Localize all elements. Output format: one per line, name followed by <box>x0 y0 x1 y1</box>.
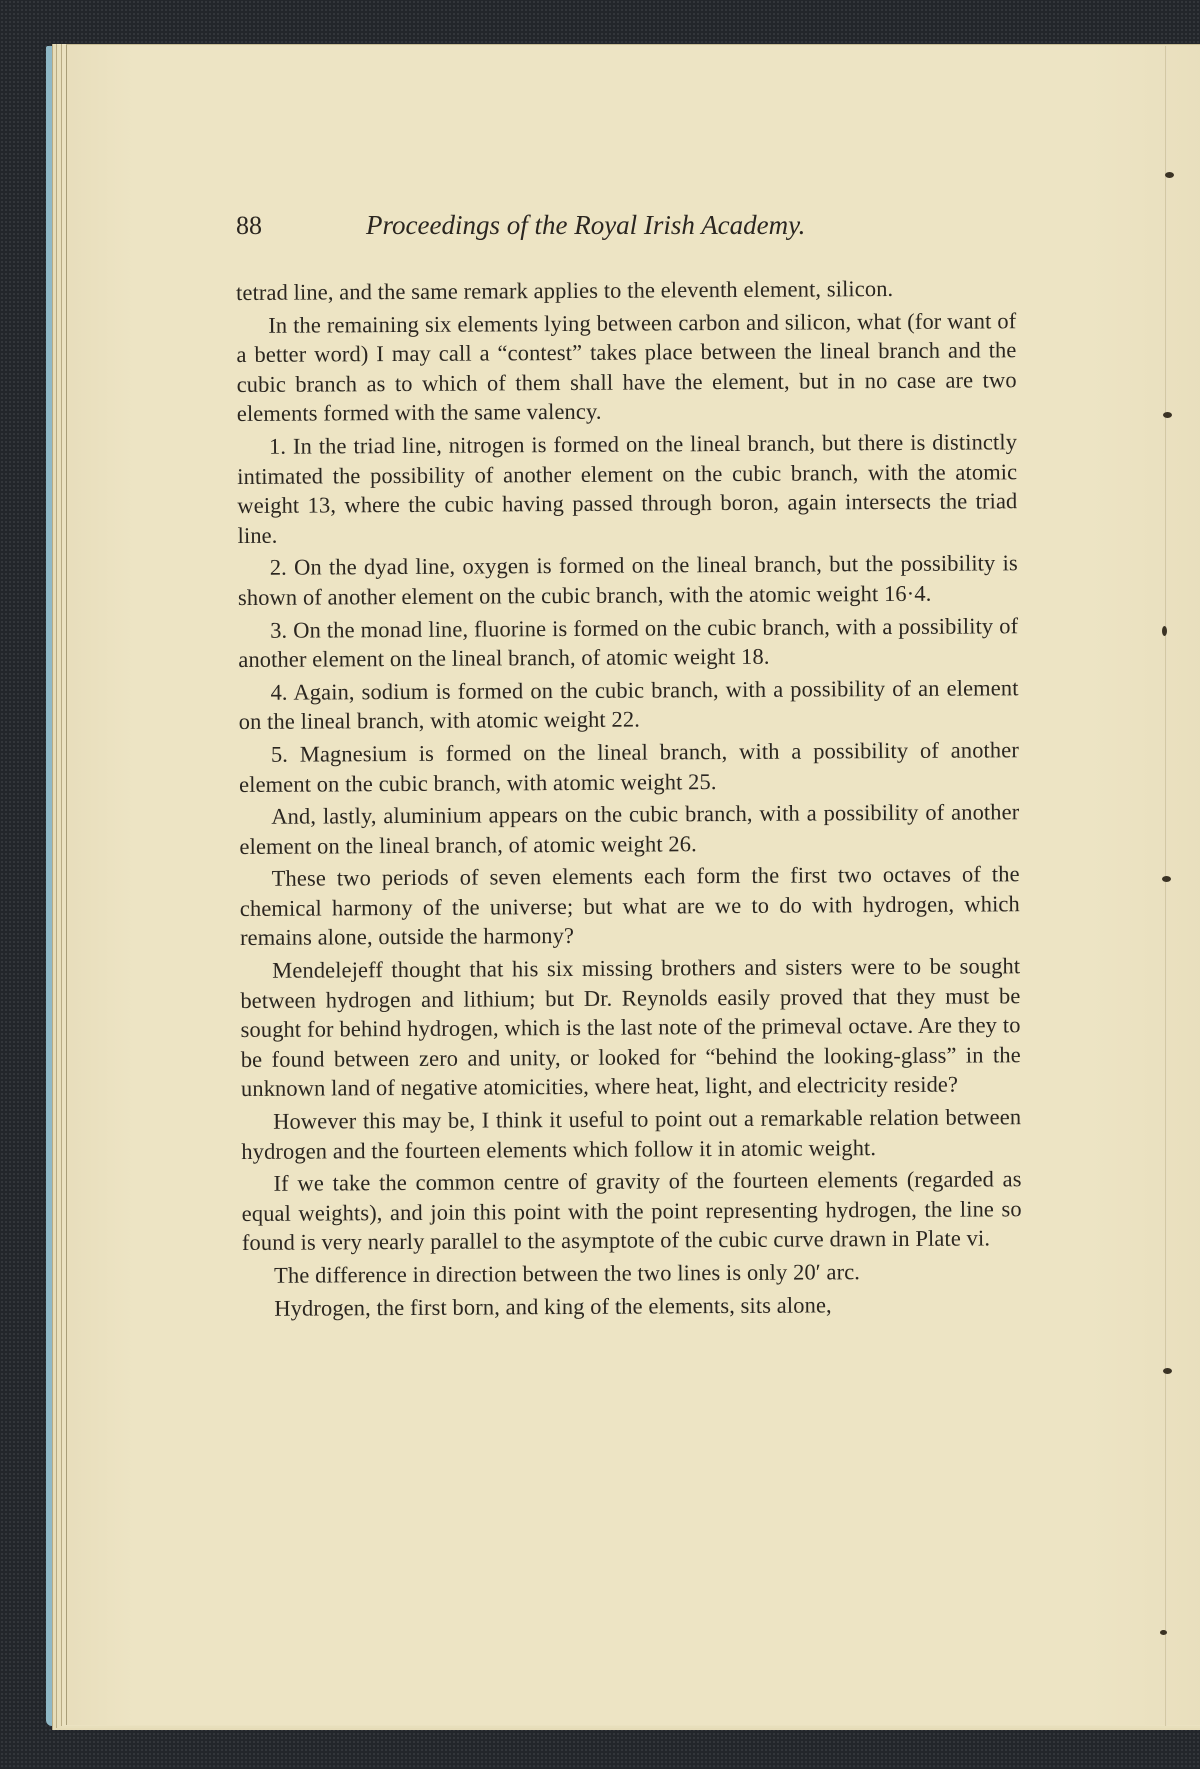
paragraph: Mendelejeff thought that his six missing… <box>240 951 1021 1104</box>
binding-hole <box>1162 876 1171 882</box>
paragraph: In the remaining six elements lying betw… <box>236 306 1017 429</box>
paragraph: 1. In the triad line, nitrogen is formed… <box>237 427 1018 550</box>
paragraph: 4. Again, sodium is formed on the cubic … <box>238 673 1018 737</box>
paragraph: If we take the common centre of gravity … <box>241 1164 1022 1258</box>
page-content: 88 Proceedings of the Royal Irish Academ… <box>236 210 1016 1326</box>
page-header: 88 Proceedings of the Royal Irish Academ… <box>236 210 1016 260</box>
page-number: 88 <box>236 211 366 241</box>
binding-hole <box>1160 1630 1167 1635</box>
paragraph: However this may be, I think it useful t… <box>241 1102 1021 1166</box>
paragraph: Hydrogen, the first born, and king of th… <box>242 1289 1022 1323</box>
paragraph: 5. Magnesium is formed on the lineal bra… <box>239 735 1019 799</box>
paragraph: And, lastly, aluminium appears on the cu… <box>239 797 1019 861</box>
paragraph: 2. On the dyad line, oxygen is formed on… <box>238 549 1018 613</box>
binding-hole <box>1163 412 1172 418</box>
paragraph: The difference in direction between the … <box>242 1256 1022 1290</box>
binding-hole <box>1165 172 1174 178</box>
running-title: Proceedings of the Royal Irish Academy. <box>366 210 805 241</box>
body-text: tetrad line, and the same remark applies… <box>236 273 1022 1323</box>
paragraph: 3. On the monad line, fluorine is formed… <box>238 611 1018 675</box>
binding-hole <box>1163 1368 1172 1374</box>
binding-hole <box>1162 626 1167 636</box>
paragraph: tetrad line, and the same remark applies… <box>236 273 1016 307</box>
paragraph: These two periods of seven elements each… <box>240 860 1021 954</box>
page-fold-line <box>1165 46 1167 1726</box>
